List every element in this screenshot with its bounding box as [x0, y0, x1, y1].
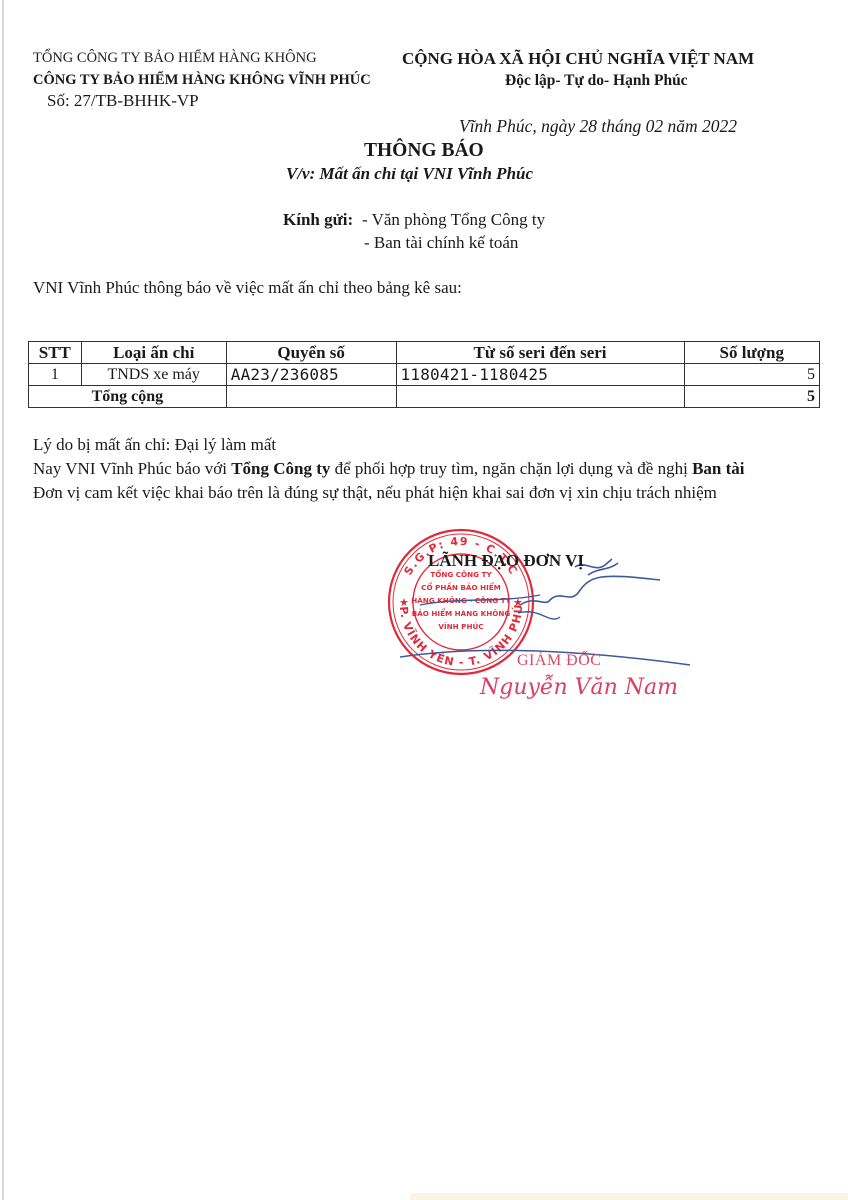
body-text: để phối hợp truy tìm, ngăn chặn lợi dụng…	[330, 459, 692, 478]
scan-artifact	[410, 1193, 848, 1200]
cell-type: TNDS xe máy	[81, 364, 226, 386]
column-header-book: Quyển số	[226, 342, 396, 364]
loss-reason: Lý do bị mất ấn chỉ: Đại lý làm mất	[33, 435, 276, 455]
column-header-serial: Từ số seri đến seri	[396, 342, 684, 364]
column-header-type: Loại ấn chỉ	[81, 342, 226, 364]
body-paragraph: Nay VNI Vĩnh Phúc báo với Tổng Công ty đ…	[33, 459, 745, 479]
recipient-item: - Văn phòng Tổng Công ty	[362, 210, 545, 230]
table-row: 1 TNDS xe máy AA23/236085 1180421-118042…	[29, 364, 820, 386]
cell-stt: 1	[29, 364, 82, 386]
organization-name: CÔNG TY BẢO HIỂM HÀNG KHÔNG VĨNH PHÚC	[33, 72, 371, 89]
signatory-name: Nguyễn Văn Nam	[480, 675, 678, 700]
total-label: Tổng cộng	[29, 386, 227, 408]
document-title: THÔNG BÁO	[364, 140, 484, 162]
document-number: Số: 27/TB-BHHK-VP	[47, 91, 199, 111]
body-emphasis: Tổng Công ty	[231, 459, 330, 478]
document-subject: V/v: Mất ấn chỉ tại VNI Vĩnh Phúc	[286, 164, 533, 184]
total-value: 5	[684, 386, 819, 408]
national-motto: Độc lập- Tự do- Hạnh Phúc	[505, 72, 688, 90]
cell-quantity: 5	[684, 364, 819, 386]
intro-paragraph: VNI Vĩnh Phúc thông báo về việc mất ấn c…	[33, 278, 462, 298]
column-header-stt: STT	[29, 342, 82, 364]
recipient-label: Kính gửi:	[283, 210, 353, 230]
parent-organization: TỔNG CÔNG TY BẢO HIỂM HÀNG KHÔNG	[33, 50, 317, 67]
cell-empty	[226, 386, 396, 408]
cell-empty	[396, 386, 684, 408]
lost-items-table: STT Loại ấn chỉ Quyển số Từ số seri đến …	[28, 341, 820, 408]
recipient-item: - Ban tài chính kế toán	[364, 233, 518, 253]
scan-edge	[2, 0, 4, 1200]
body-text: Nay VNI Vĩnh Phúc báo với	[33, 459, 231, 478]
column-header-quantity: Số lượng	[684, 342, 819, 364]
national-title: CỘNG HÒA XÃ HỘI CHỦ NGHĨA VIỆT NAM	[402, 49, 754, 69]
table-header-row: STT Loại ấn chỉ Quyển số Từ số seri đến …	[29, 342, 820, 364]
date-place: Vĩnh Phúc, ngày 28 tháng 02 năm 2022	[459, 116, 737, 137]
cell-serial: 1180421-1180425	[396, 364, 684, 386]
commitment-paragraph: Đơn vị cam kết việc khai báo trên là đún…	[33, 483, 717, 503]
cell-book: AA23/236085	[226, 364, 396, 386]
table-total-row: Tổng cộng 5	[29, 386, 820, 408]
body-emphasis: Ban tài	[692, 459, 744, 478]
signatory-title: LÃNH ĐẠO ĐƠN VỊ	[428, 551, 584, 571]
signatory-position: GIÁM ĐỐC	[517, 652, 601, 670]
